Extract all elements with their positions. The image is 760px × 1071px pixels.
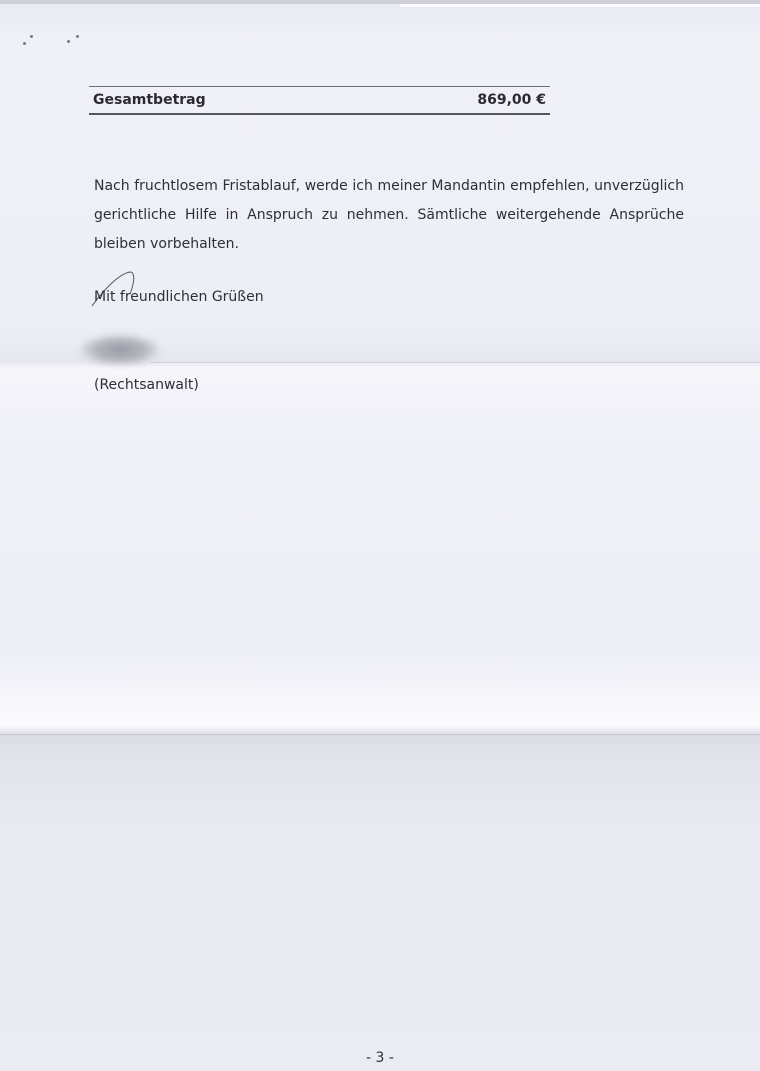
signer-role: (Rechtsanwalt): [94, 377, 199, 393]
paper-speck: [23, 42, 26, 45]
total-amount-row: Gesamtbetrag 869,00 €: [89, 86, 550, 115]
page-top-edge-highlight: [400, 4, 760, 7]
paper-fold-crease: [150, 362, 760, 363]
body-paragraph: Nach fruchtlosem Fristablauf, werde ich …: [94, 172, 684, 259]
paper-speck: [30, 35, 33, 38]
paper-fold-crease: [0, 734, 760, 735]
paper-speck: [76, 35, 79, 38]
total-amount: 869,00 €: [477, 92, 546, 108]
closing-salutation: Mit freundlichen Grüßen: [94, 289, 264, 305]
blurred-signature: [80, 334, 160, 366]
paper-speck: [67, 40, 70, 43]
scanned-letter-page: Gesamtbetrag 869,00 € Nach fruchtlosem F…: [0, 0, 760, 1071]
page-number: - 3 -: [0, 1050, 760, 1066]
total-label: Gesamtbetrag: [93, 92, 206, 108]
